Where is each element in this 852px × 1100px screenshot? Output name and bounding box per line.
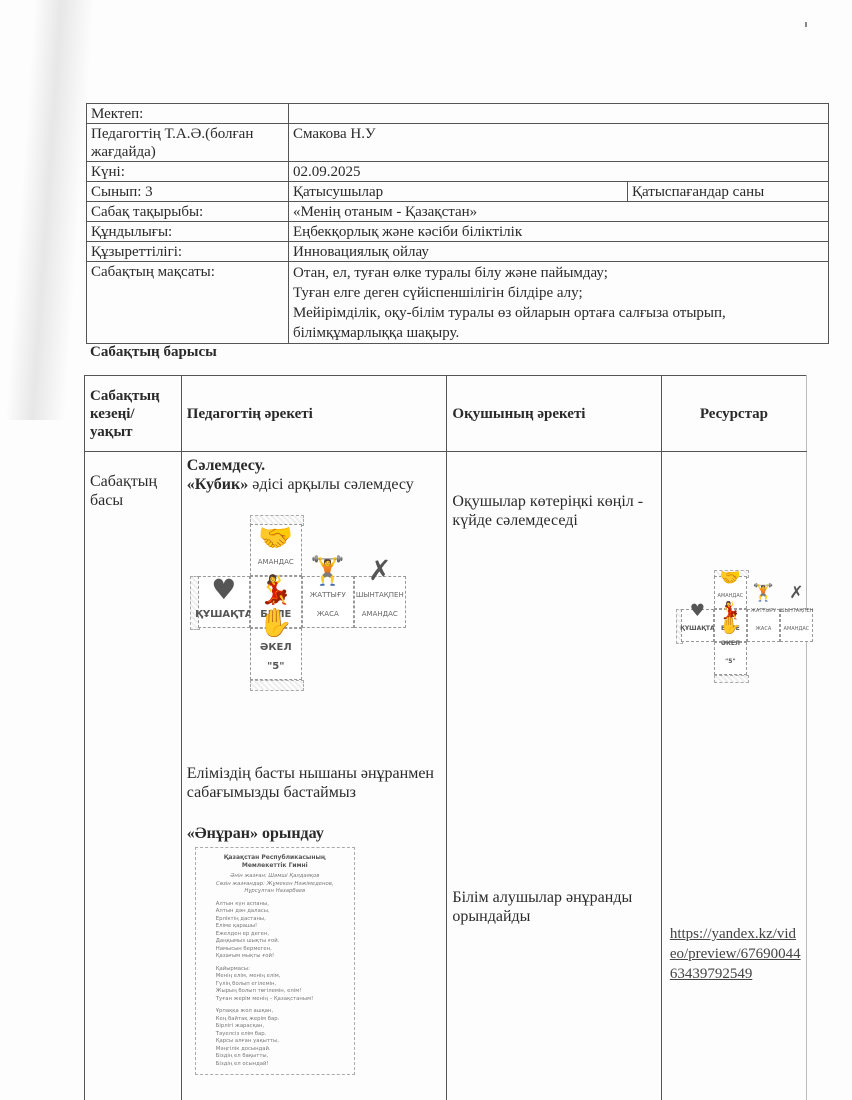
student-greeting: Оқушылар көтеріңкі көңіл - күйде сәлемде… [452,492,655,530]
section-title: Сабақтың барысы [90,344,217,361]
goal-line: Мейірімділік, оқу-білім туралы өз ойлары… [293,303,824,323]
anthem-line: Еліме қарашы! [216,923,344,931]
heart-icon: ♥ [211,575,236,605]
anthem-line: Біздің ел бақытты, [216,1053,344,1061]
stage-cell: Сабақтың басы [85,452,182,1100]
anthem-line: Менің елім, менің елім, [216,973,344,981]
goal-value: Отан, ел, туған өлке туралы білу және па… [289,262,829,344]
competence-value: Инновациялық ойлау [289,242,829,262]
teacher-action-cell: Сәлемдесу. «Кубик» әдісі арқылы сәлемдес… [181,452,447,1100]
anthem-author: Нұрсұлтан Назарбаев [206,888,344,896]
cube-net-image: 🤝АМАНДАС♥ҚҰШАҚТА💃БИЛЕ🏋ЖАТТЫҒУ ЖАСА✗ШЫНТА… [190,514,415,734]
anthem-line: Ұрпаққа жол ашқан, [216,1008,344,1016]
raised-hand-icon: ✋ [258,608,293,638]
table-row: Сабақтың мақсаты: Отан, ел, туған өлке т… [87,262,829,344]
method-line: «Кубик» әдісі арқылы сәлемдесу [187,475,442,494]
cube-face-label: ҚҰШАҚТА [195,605,252,624]
cube-face: ✗ШЫНТАҚПЕН АМАНДАС [780,609,813,642]
anthem-verse: Алтын күн аспаны,Алтын дән даласы,Ерлікт… [206,901,344,961]
resources-cell: 🤝АМАНДАС♥ҚҰШАҚТА💃БИЛЕ🏋ЖАТТЫҒУ ЖАСА✗ШЫНТА… [661,452,806,1100]
table-row: Мектеп: [87,104,829,124]
header-teacher-action: Педагогтің әрекеті [181,376,447,452]
scan-speck [805,22,807,27]
table-row: Педагогтің Т.А.Ә.(болған жағдайда) Смако… [87,124,829,162]
goal-line: білімқұмарлыққа шақыру. [293,323,824,343]
anthem-line: Намысын бермеген, [216,946,344,954]
anthem-line: Ежелден ер деген, [216,931,344,939]
table-row: Күні: 02.09.2025 [87,162,829,182]
header-row: Сабақтың кезеңі/ уақыт Педагогтің әрекет… [85,376,807,452]
cube-face: ✋ӘКЕЛ "5" [250,628,302,680]
header-resources: Ресурстар [661,376,806,452]
video-link[interactable]: https://yandex.kz/video/preview/67690044… [670,924,802,984]
goal-label: Сабақтың мақсаты: [87,262,289,344]
school-value [289,104,829,124]
goal-line: Туған елге деген сүйіспеншілігін білдіре… [293,283,824,303]
school-label: Мектеп: [87,104,289,124]
anthem-verse: Қайырмасы:Менің елім, менің елім,Гүлің б… [206,966,344,1004]
anthem-line: Тәуелсіз елім бар. [216,1031,344,1039]
anthem-author: Сөзін жазғандар: Жұмекен Нәжімеденов, [206,881,344,889]
table-row: Құндылығы: Еңбекқорлық және кәсіби білік… [87,222,829,242]
topic-value: «Менің отаным - Қазақстан» [289,202,829,222]
table-row: Құзыреттілігі: Инновациялық ойлау [87,242,829,262]
crossed-hands-icon: ✗ [368,556,391,586]
heart-icon: ♥ [690,602,705,620]
table-row: Сабақ тақырыбы: «Менің отаным - Қазақста… [87,202,829,222]
cube-face: ✋ӘКЕЛ "5" [714,642,747,675]
weightlifter-icon: 🏋 [310,556,345,586]
cube-face: 🏋ЖАТТЫҒУ ЖАСА [302,576,354,628]
anthem-line: Кең байтақ жерім бар. [216,1016,344,1024]
anthem-line: Біздің ел осындай! [216,1061,344,1069]
anthem-line: Мәңгілік досындай. [216,1046,344,1054]
date-label: Күні: [87,162,289,182]
anthem-line: Алтын дән даласы, [216,908,344,916]
stage-name: Сабақтың басы [90,473,157,509]
anthem-verses: Алтын күн аспаны,Алтын дән даласы,Ерлікт… [206,901,344,1069]
anthem-verse: Ұрпаққа жол ашқан,Кең байтақ жерім бар.Б… [206,1008,344,1068]
dance-icon: 💃 [258,575,293,605]
header-student-action: Оқушының әрекеті [447,376,661,452]
student-action-cell: Оқушылар көтеріңкі көңіл - күйде сәлемде… [447,452,661,1100]
cube-face: 🏋ЖАТТЫҒУ ЖАСА [747,609,780,642]
lesson-flow-table: Сабақтың кезеңі/ уақыт Педагогтің әрекет… [84,375,807,1100]
anthem-title: Қазақстан Республикасының Мемлекеттік Ги… [206,854,344,869]
teacher-value: Смакова Н.У [289,124,829,162]
anthem-task: «Әнұран» орындау [187,824,442,843]
anthem-sheet-image: Қазақстан Республикасының Мемлекеттік Ги… [195,847,355,1075]
cube-fold-tab [714,675,749,683]
cube-face-label: АМАНДАС [258,553,294,572]
table-row: Сабақтың басы Сәлемдесу. «Кубик» әдісі а… [85,452,807,1100]
goal-line: Отан, ел, туған өлке туралы білу және па… [293,263,824,283]
anthem-line: Қазағым мықты ғой! [216,953,344,961]
raised-hand-icon: ✋ [720,617,741,635]
cube-face: 🤝АМАНДАС [250,524,302,576]
weightlifter-icon: 🏋 [753,584,774,602]
cube-face-label: ШЫНТАҚПЕН АМАНДАС [779,602,813,638]
cube-face-label: ЖАТТЫҒУ ЖАСА [748,602,779,638]
date-value: 02.09.2025 [289,162,829,182]
absent-count-label: Қатыспағандар саны [628,182,829,202]
cube-net-image-small: 🤝АМАНДАС♥ҚҰШАҚТА💃БИЛЕ🏋ЖАТТЫҒУ ЖАСА✗ШЫНТА… [676,570,816,720]
anthem-line: Қайырмасы: [216,966,344,974]
grade-label: Сынып: 3 [87,182,289,202]
anthem-line: Бірлігі жарасқан, [216,1023,344,1031]
value-value: Еңбекқорлық және кәсіби біліктілік [289,222,829,242]
cube-face: ♥ҚҰШАҚТА [681,609,714,642]
anthem-line: Ерліктің дастаны, [216,916,344,924]
anthem-authors: Әнін жазған: Шәмші Қалдаяқов Сөзін жазға… [206,873,344,896]
method-text: әдісі арқылы сәлемдесу [248,476,414,493]
greeting-title: Сәлемдесу. [187,456,442,475]
anthem-intro: Еліміздің басты нышаны әнұранмен сабағым… [187,764,442,802]
anthem-line: Жырың болып төгілемін, елім! [216,988,344,996]
cube-face-label: ҚҰШАҚТА [680,620,714,638]
scan-shadow [5,0,94,420]
anthem-line: Туған жерім менің – Қазақстаным! [216,996,344,1004]
header-stage: Сабақтың кезеңі/ уақыт [85,376,182,452]
anthem-author: Әнін жазған: Шәмші Қалдаяқов [206,873,344,881]
cube-face: ♥ҚҰШАҚТА [198,576,250,628]
anthem-line: Алтын күн аспаны, [216,901,344,909]
cube-face: ✗ШЫНТАҚПЕН АМАНДАС [354,576,406,628]
anthem-line: Гүлің болып егілемін, [216,981,344,989]
cube-face-label: ӘКЕЛ "5" [251,638,301,676]
topic-label: Сабақ тақырыбы: [87,202,289,222]
cube-face-label: ШЫНТАҚПЕН АМАНДАС [355,586,405,624]
value-label: Құндылығы: [87,222,289,242]
handshake-icon: 🤝 [720,569,741,587]
lesson-info-table: Мектеп: Педагогтің Т.А.Ә.(болған жағдайд… [86,103,829,344]
anthem-line: Қарсы алған уақытты, [216,1038,344,1046]
cube-face-label: ЖАТТЫҒУ ЖАСА [303,586,353,624]
handshake-icon: 🤝 [258,523,293,553]
cube-fold-tab [250,680,304,691]
cube-face-label: ӘКЕЛ "5" [715,635,746,671]
participants-label: Қатысушылар [289,182,628,202]
student-anthem: Білім алушылар әнұранды орындайды [452,888,655,926]
table-row: Сынып: 3 Қатысушылар Қатыспағандар саны [87,182,829,202]
anthem-line: Даңқымыз шықты ғой. [216,938,344,946]
method-name: «Кубик» [187,476,248,493]
crossed-hands-icon: ✗ [789,584,803,602]
teacher-label: Педагогтің Т.А.Ә.(болған жағдайда) [87,124,289,162]
competence-label: Құзыреттілігі: [87,242,289,262]
